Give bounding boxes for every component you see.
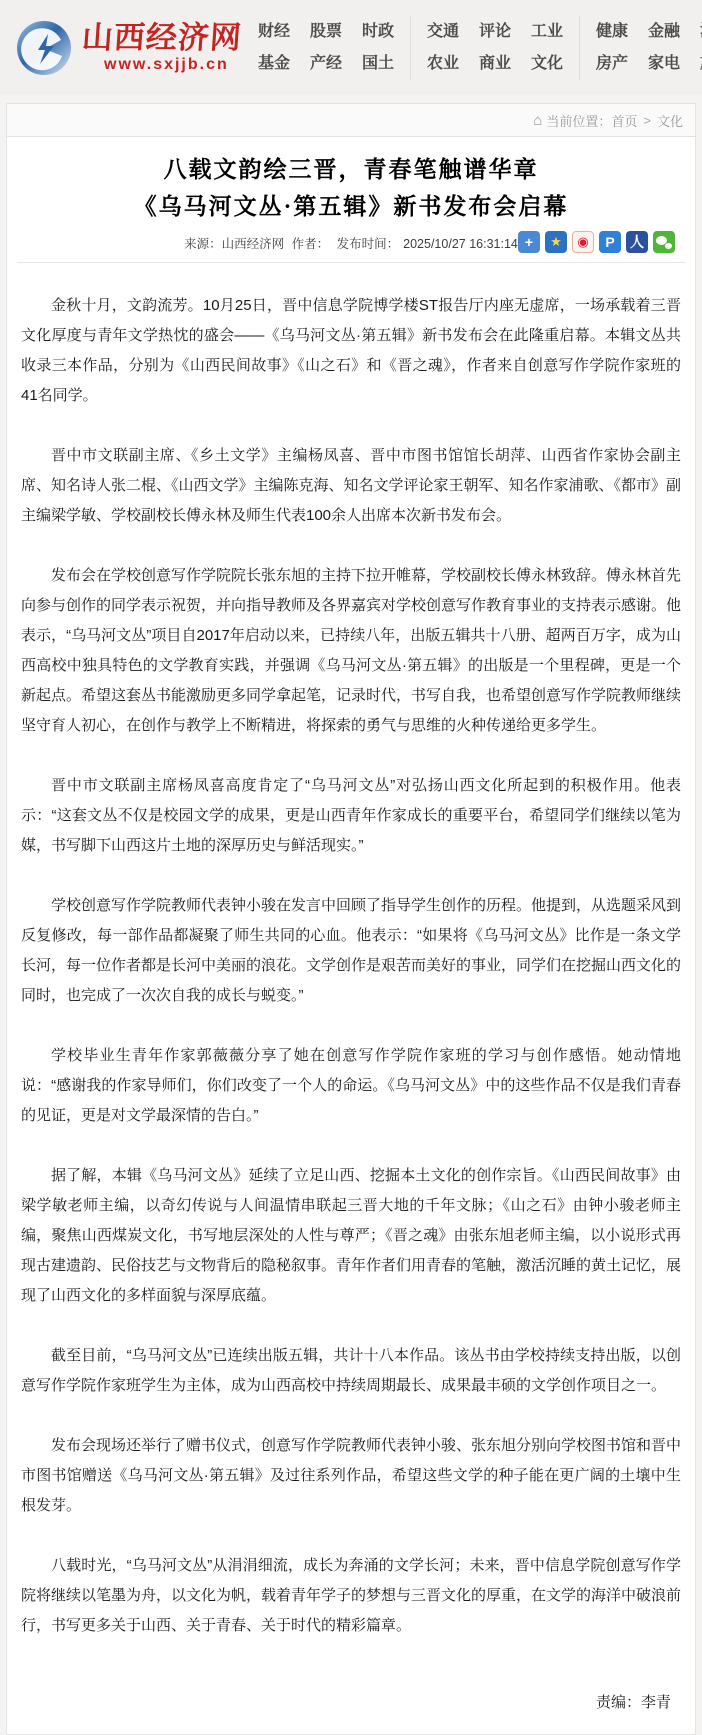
nav-item-guotu[interactable]: 国土: [352, 51, 404, 77]
nav-group-3: 健康 金融 汽车 房产 家电 旅游: [580, 16, 702, 80]
article-paragraph: 截至目前，“乌马河文丛”已连续出版五辑，共计十八本作品。该丛书由学校持续支持出版…: [21, 1341, 681, 1401]
nav-item-jiaotong[interactable]: 交通: [417, 19, 469, 45]
site-header: 山西经济网 www.sxjjb.cn 财经 股票 时政 基金 产经 国土 交通 …: [0, 0, 702, 95]
article-meta-row: 来源：山西经济网 作者： 发布时间：2025/10/27 16:31:14 + …: [17, 229, 685, 263]
breadcrumb-label: 当前位置：: [546, 111, 611, 130]
share-renren-icon[interactable]: 人: [626, 231, 648, 253]
nav-item-gupiao[interactable]: 股票: [300, 19, 352, 45]
nav-item-pinglun[interactable]: 评论: [469, 19, 521, 45]
article-paragraph: 发布会在学校创意写作学院院长张东旭的主持下拉开帷幕，学校副校长傅永林致辞。傅永林…: [21, 561, 681, 741]
share-weibo-icon[interactable]: ◉: [572, 231, 594, 253]
site-name: 山西经济网: [81, 21, 243, 55]
breadcrumb-current-link[interactable]: 文化: [657, 111, 683, 130]
breadcrumb-home-link[interactable]: 首页: [611, 111, 637, 130]
nav-item-shangye[interactable]: 商业: [469, 51, 521, 77]
main-nav: 财经 股票 时政 基金 产经 国土 交通 评论 工业 农业 商业 文化: [242, 12, 702, 84]
meta-source: 来源：山西经济网: [184, 237, 284, 251]
share-pengyou-icon[interactable]: P: [599, 231, 621, 253]
site-url: www.sxjjb.cn: [82, 55, 242, 75]
nav-item-chanjing[interactable]: 产经: [300, 51, 352, 77]
nav-item-shizheng[interactable]: 时政: [352, 19, 404, 45]
logo-swirl-icon: [12, 16, 76, 80]
nav-group-1: 财经 股票 时政 基金 产经 国土: [242, 16, 411, 80]
nav-item-jijin[interactable]: 基金: [248, 51, 300, 77]
nav-item-qiche[interactable]: 汽车: [690, 19, 702, 45]
nav-group-2: 交通 评论 工业 农业 商业 文化: [411, 16, 580, 80]
article-paragraph: 晋中市文联副主席杨凤喜高度肯定了“乌马河文丛”对弘扬山西文化所起到的积极作用。他…: [21, 771, 681, 861]
article-paragraph: 学校毕业生青年作家郭薇薇分享了她在创意写作学院作家班的学习与创作感悟。她动情地说…: [21, 1041, 681, 1131]
article-title-line2: 《乌马河文丛·第五辑》新书发布会启幕: [17, 188, 685, 225]
nav-item-jiankang[interactable]: 健康: [586, 19, 638, 45]
share-wechat-icon[interactable]: [653, 231, 675, 253]
meta-time: 2025/10/27 16:31:14: [403, 237, 518, 251]
nav-item-jiadian[interactable]: 家电: [638, 51, 690, 77]
nav-item-wenhua[interactable]: 文化: [521, 51, 573, 77]
article-paragraph: 金秋十月，文韵流芳。10月25日，晋中信息学院博学楼ST报告厅内座无虚席，一场承…: [21, 291, 681, 411]
home-icon: ⌂: [533, 113, 542, 128]
share-qzone-icon[interactable]: ★: [545, 231, 567, 253]
nav-item-caijing[interactable]: 财经: [248, 19, 300, 45]
article-paragraph: 据了解，本辑《乌马河文丛》延续了立足山西、挖掘本土文化的创作宗旨。《山西民间故事…: [21, 1161, 681, 1311]
nav-item-jinrong[interactable]: 金融: [638, 19, 690, 45]
article-title-line1: 八载文韵绘三晋，青春笔触谱华章: [17, 151, 685, 188]
nav-item-gongye[interactable]: 工业: [521, 19, 573, 45]
article-paragraph: 学校创意写作学院教师代表钟小骏在发言中回顾了指导学生创作的历程。他提到，从选题采…: [21, 891, 681, 1011]
article-body: 金秋十月，文韵流芳。10月25日，晋中信息学院博学楼ST报告厅内座无虚席，一场承…: [7, 263, 695, 1685]
article-paragraph: 发布会现场还举行了赠书仪式，创意写作学院教师代表钟小骏、张东旭分别向学校图书馆和…: [21, 1431, 681, 1521]
meta-author: 作者：: [292, 237, 330, 251]
editor-credit: 责编：李青: [7, 1691, 695, 1734]
breadcrumb: ⌂ 当前位置： 首页 > 文化: [7, 104, 695, 137]
share-more-icon[interactable]: +: [518, 231, 540, 253]
nav-item-lvyou[interactable]: 旅游: [690, 51, 702, 77]
article-paragraph: 晋中市文联副主席、《乡土文学》主编杨凤喜、晋中市图书馆馆长胡萍、山西省作家协会副…: [21, 441, 681, 531]
article-header: 八载文韵绘三晋，青春笔触谱华章 《乌马河文丛·第五辑》新书发布会启幕 来源：山西…: [7, 137, 695, 263]
share-bar: + ★ ◉ P 人: [513, 231, 675, 253]
nav-item-nongye[interactable]: 农业: [417, 51, 469, 77]
nav-item-fangchan[interactable]: 房产: [586, 51, 638, 77]
meta-time-label: 发布时间：: [337, 237, 400, 251]
site-logo[interactable]: 山西经济网 www.sxjjb.cn: [12, 16, 242, 80]
article-paragraph: 八载时光，“乌马河文丛”从涓涓细流，成长为奔涌的文学长河；未来，晋中信息学院创意…: [21, 1551, 681, 1641]
content-container: ⌂ 当前位置： 首页 > 文化 八载文韵绘三晋，青春笔触谱华章 《乌马河文丛·第…: [6, 103, 696, 1735]
breadcrumb-separator: >: [643, 113, 651, 128]
